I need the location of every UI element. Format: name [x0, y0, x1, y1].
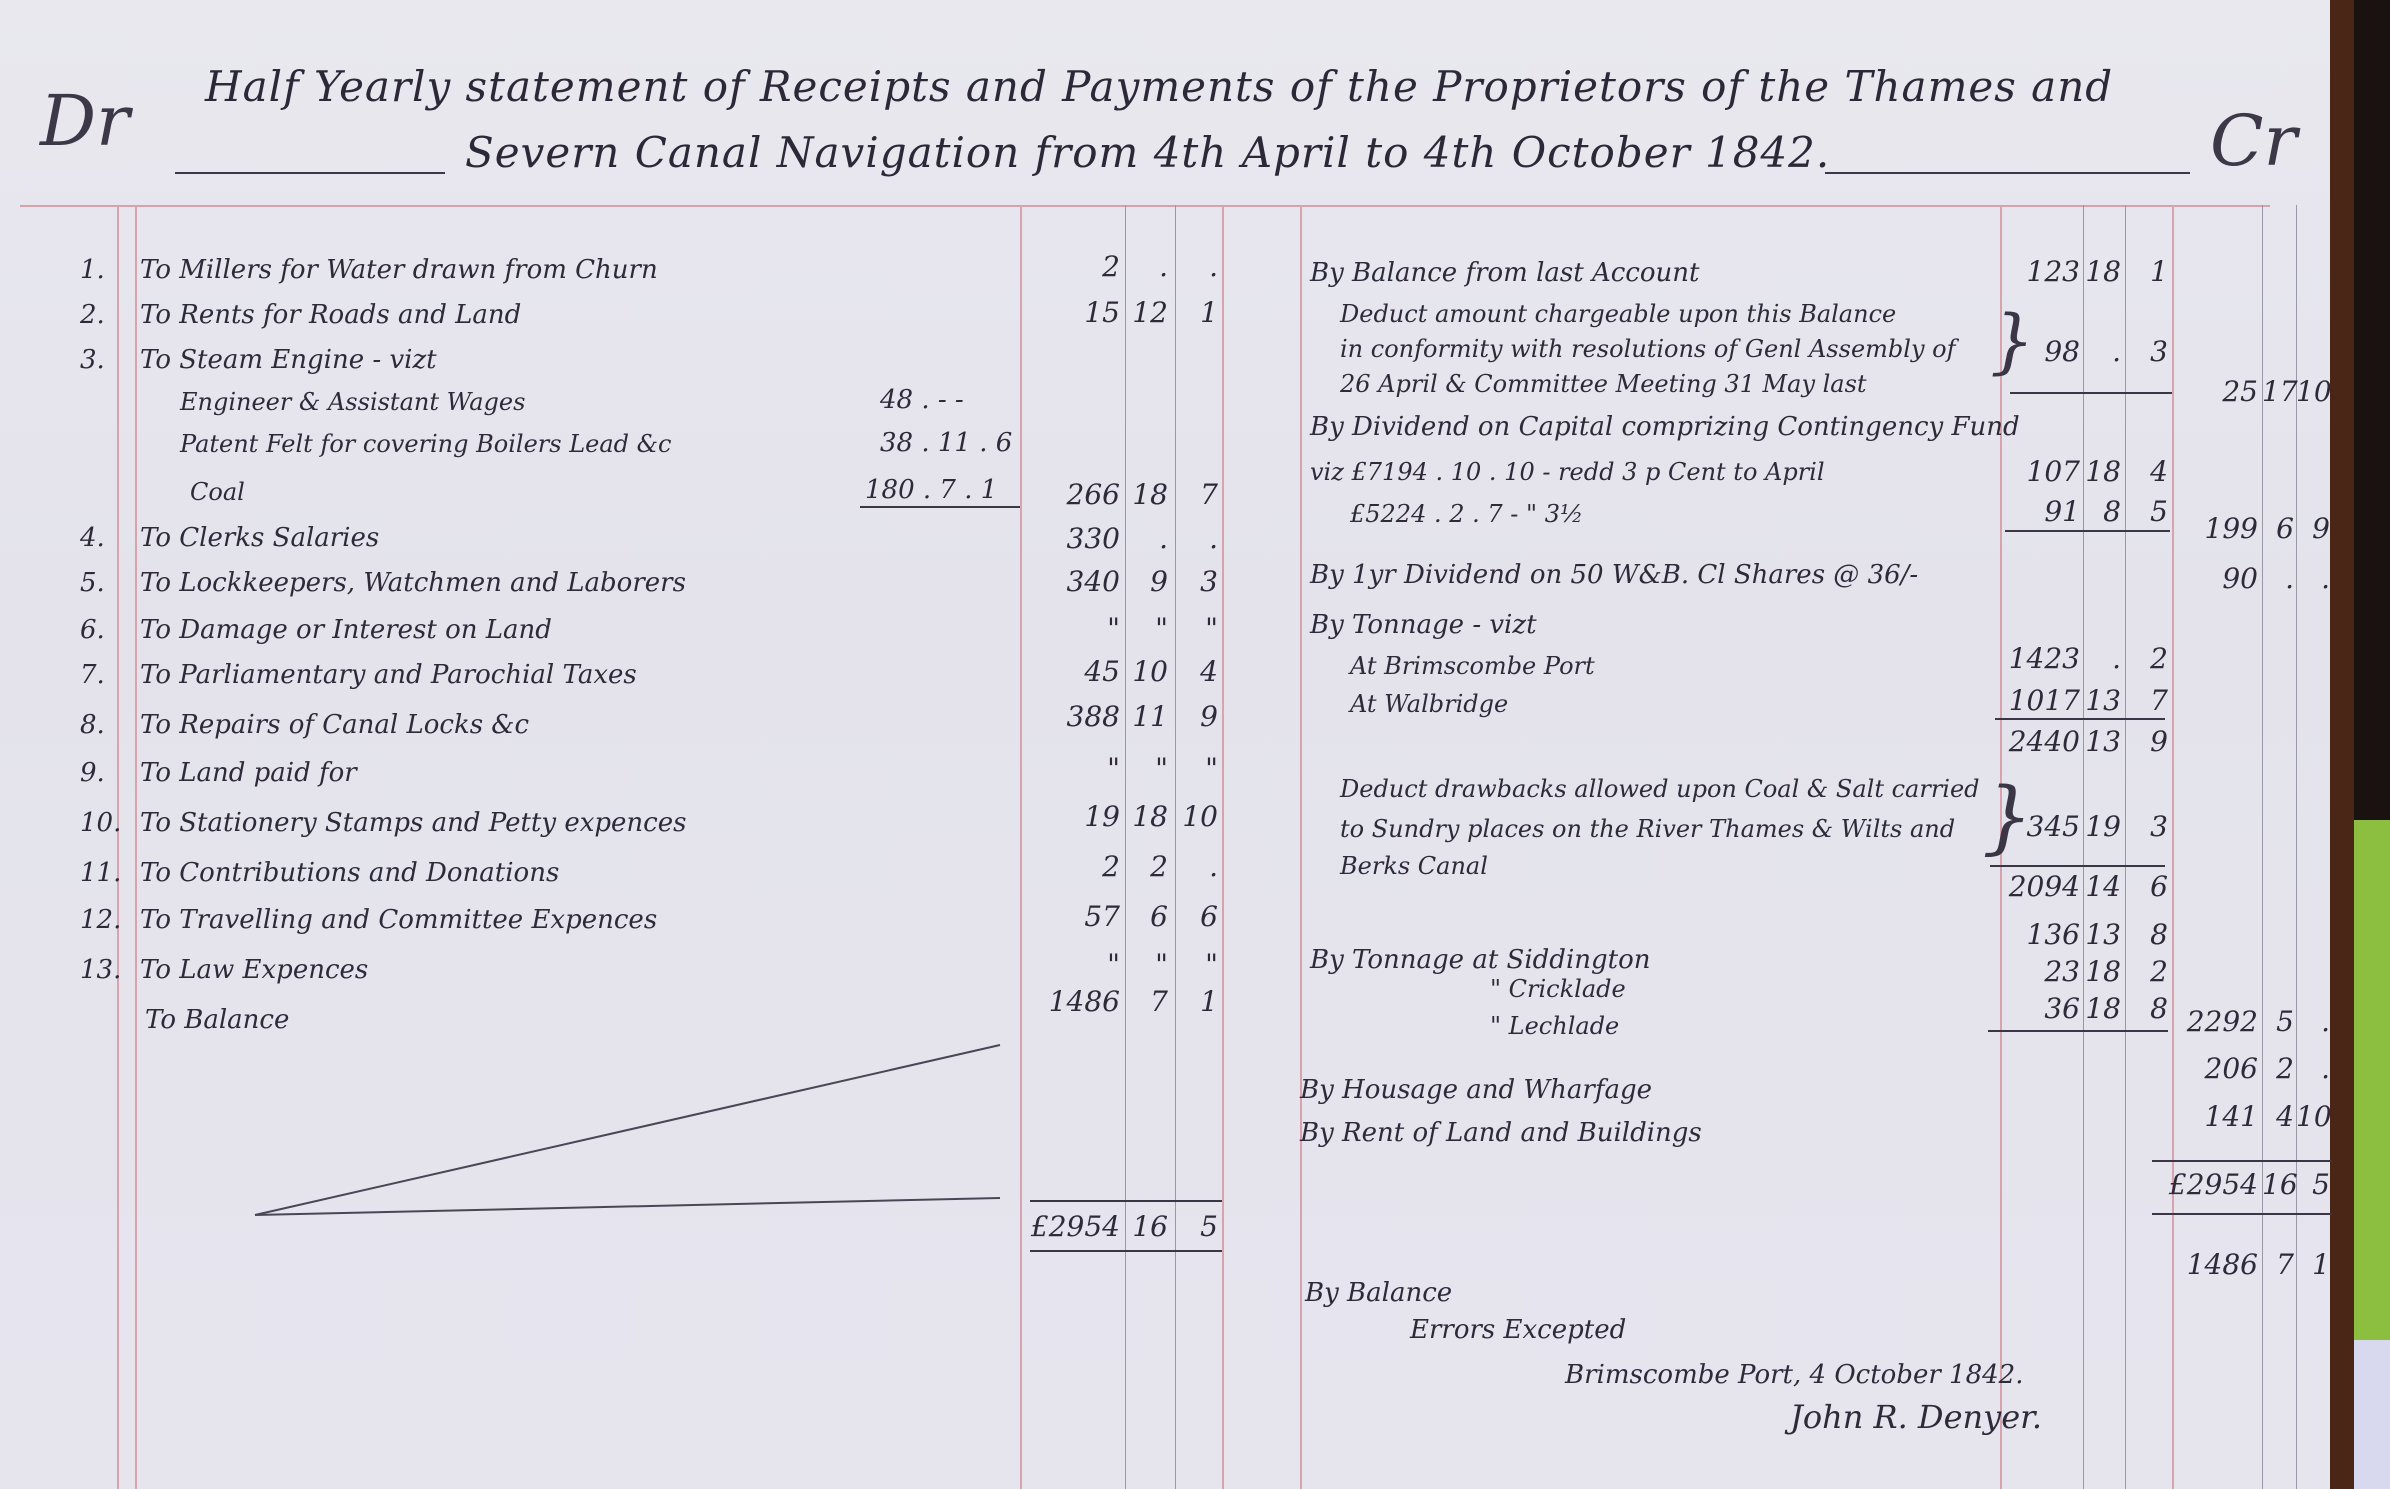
amount-pence: 7 — [1178, 478, 1218, 511]
errors-excepted: Errors Excepted — [1410, 1315, 1626, 1345]
rule-text-margin — [135, 205, 137, 1489]
amount-pounds: 123 — [2005, 255, 2080, 288]
debit-total-shillings: 16 — [1128, 1210, 1168, 1243]
credit-entry-text: in conformity with resolutions of Genl A… — [1340, 335, 1955, 363]
background-dark — [2354, 0, 2390, 820]
inner-amount: 48 . - - — [880, 385, 964, 415]
credit-entry-text: By Dividend on Capital comprizing Contin… — [1310, 412, 2020, 442]
amount-pounds: 57 — [1030, 900, 1120, 933]
amount-pounds: 345 — [2005, 810, 2080, 843]
entry-text: To Land paid for — [140, 758, 357, 788]
entry-text: Patent Felt for covering Boilers Lead &c — [180, 430, 671, 458]
entry-number: 12. — [80, 905, 121, 935]
amount-pence: " — [1178, 752, 1218, 785]
rule-number-margin — [117, 205, 119, 1489]
ledger-binding — [2330, 0, 2354, 1489]
entry-text: To Steam Engine - vizt — [140, 345, 437, 375]
amount-pounds: 2094 — [1990, 870, 2080, 903]
amount-pence: 5 — [2128, 495, 2168, 528]
subtotal-rule — [2005, 530, 2170, 532]
amount-pounds: 266 — [1030, 478, 1120, 511]
subtotal-rule — [2010, 392, 2172, 394]
amount-pence: 8 — [2128, 918, 2168, 951]
amount-shillings: . — [2262, 562, 2294, 595]
amount-pounds: 91 — [2005, 495, 2080, 528]
amount-pounds: 19 — [1030, 800, 1120, 833]
entry-number: 6. — [80, 615, 105, 645]
amount-shillings: . — [2085, 642, 2121, 675]
title-line-2: Severn Canal Navigation from 4th April t… — [465, 128, 1830, 177]
amount-pence: . — [1178, 522, 1218, 555]
credit-total-shillings: 16 — [2262, 1168, 2294, 1201]
signature: John R. Denyer. — [1790, 1398, 2042, 1436]
credit-entry-text: By Balance — [1305, 1278, 1452, 1308]
amount-pounds: 98 — [2005, 335, 2080, 368]
amount-pence: 1 — [1178, 985, 1218, 1018]
amount-pence: 3 — [2128, 335, 2168, 368]
entry-text: To Law Expences — [140, 955, 368, 985]
credit-entry-text: " Cricklade — [1490, 975, 1626, 1003]
amount-pence: 10 — [2296, 375, 2330, 408]
amount-shillings: 13 — [2085, 918, 2121, 951]
entry-text: To Travelling and Committee Expences — [140, 905, 657, 935]
header-divider — [20, 205, 2270, 207]
entry-number: 13. — [80, 955, 121, 985]
amount-pence: 6 — [2128, 870, 2168, 903]
entry-number: 2. — [80, 300, 105, 330]
amount-pence: 7 — [2128, 684, 2168, 717]
credit-total-pounds: £2954 — [2140, 1168, 2258, 1201]
amount-pounds: 136 — [2005, 918, 2080, 951]
entry-number: 11. — [80, 858, 121, 888]
amount-shillings: " — [1128, 612, 1168, 645]
amount-pence: 2 — [2128, 642, 2168, 675]
credit-entry-text: By Housage and Wharfage — [1300, 1075, 1652, 1105]
credit-entry-text: By 1yr Dividend on 50 W&B. Cl Shares @ 3… — [1310, 560, 1918, 590]
place-date: Brimscombe Port, 4 October 1842. — [1565, 1360, 2023, 1390]
entry-number: 1. — [80, 255, 105, 285]
rule-debit-d — [1175, 205, 1176, 1489]
amount-shillings: 18 — [2085, 255, 2121, 288]
entry-text: To Rents for Roads and Land — [140, 300, 521, 330]
amount-pounds: 2292 — [2172, 1005, 2258, 1038]
amount-pence: 6 — [1178, 900, 1218, 933]
amount-shillings: 18 — [1128, 800, 1168, 833]
credit-entry-text: Deduct amount chargeable upon this Balan… — [1340, 300, 1896, 328]
debit-total-pence: 5 — [1178, 1210, 1218, 1243]
amount-pence: 1 — [2128, 255, 2168, 288]
amount-pounds: 388 — [1030, 700, 1120, 733]
amount-shillings: 18 — [2085, 992, 2121, 1025]
header-rule-left — [175, 172, 445, 174]
background-blue — [2354, 1340, 2390, 1489]
amount-pence: " — [1178, 948, 1218, 981]
credit-entry-text: Berks Canal — [1340, 852, 1488, 880]
amount-pence: 10 — [1178, 800, 1218, 833]
amount-shillings: 8 — [2085, 495, 2121, 528]
amount-shillings: 11 — [1128, 700, 1168, 733]
credit-total-rule-top — [2152, 1160, 2332, 1162]
amount-shillings: . — [2085, 335, 2121, 368]
amount-pounds: 340 — [1030, 565, 1120, 598]
amount-pounds: 2 — [1030, 250, 1120, 283]
amount-pence: 3 — [1178, 565, 1218, 598]
amount-pounds: 2440 — [1995, 725, 2080, 758]
subtotal-rule — [860, 506, 1020, 508]
amount-pounds: 2 — [1030, 850, 1120, 883]
amount-shillings: 2 — [2262, 1052, 2294, 1085]
entry-text: To Contributions and Donations — [140, 858, 559, 888]
entry-text: Coal — [190, 478, 245, 506]
amount-pence: 8 — [2128, 992, 2168, 1025]
amount-pence: . — [2296, 1052, 2330, 1085]
amount-shillings: 5 — [2262, 1005, 2294, 1038]
credit-entry-text: At Brimscombe Port — [1350, 652, 1595, 680]
amount-shillings: . — [1128, 522, 1168, 555]
entry-text: To Clerks Salaries — [140, 523, 379, 553]
amount-pence: 1 — [2296, 1248, 2330, 1281]
header-rule-right — [1825, 172, 2190, 174]
amount-pounds: 25 — [2178, 375, 2258, 408]
credit-entry-text: to Sundry places on the River Thames & W… — [1340, 815, 1955, 843]
amount-shillings: 6 — [1128, 900, 1168, 933]
ledger-page: Dr Cr Half Yearly statement of Receipts … — [0, 0, 2330, 1489]
amount-shillings: 7 — [2262, 1248, 2294, 1281]
amount-pounds: 199 — [2178, 512, 2258, 545]
amount-pounds: 15 — [1030, 296, 1120, 329]
amount-pence: 4 — [1178, 655, 1218, 688]
credit-entry-text: viz £7194 . 10 . 10 - redd 3 p Cent to A… — [1310, 458, 1825, 486]
amount-pence: . — [1178, 850, 1218, 883]
inner-amount: 38 . 11 . 6 — [880, 428, 1012, 458]
amount-pounds: 23 — [2005, 955, 2080, 988]
amount-shillings: 18 — [1128, 478, 1168, 511]
amount-pounds: 1423 — [2005, 642, 2080, 675]
amount-shillings: 7 — [1128, 985, 1168, 1018]
rule-credit-inner-d — [2125, 205, 2126, 1489]
credit-entry-text: £5224 . 2 . 7 - " 3½ — [1350, 500, 1583, 528]
credit-entry-text: By Rent of Land and Buildings — [1300, 1118, 1702, 1148]
entry-number: 5. — [80, 568, 105, 598]
amount-shillings: 14 — [2085, 870, 2121, 903]
amount-pence: . — [1178, 250, 1218, 283]
amount-shillings: . — [1128, 250, 1168, 283]
amount-pounds: 1486 — [2165, 1248, 2258, 1281]
rule-debit-l — [1020, 205, 1022, 1489]
entry-text: To Millers for Water drawn from Churn — [140, 255, 658, 285]
background-green — [2354, 820, 2390, 1340]
credit-entry-text: By Balance from last Account — [1310, 258, 1699, 288]
debit-total-rule-top — [1030, 1200, 1222, 1202]
amount-shillings: 13 — [2085, 725, 2121, 758]
entry-text: To Damage or Interest on Land — [140, 615, 552, 645]
subtotal-rule — [1990, 865, 2165, 867]
amount-shillings: 2 — [1128, 850, 1168, 883]
amount-pounds: 330 — [1030, 522, 1120, 555]
inner-amount: 180 . 7 . 1 — [865, 475, 997, 505]
rule-credit-margin — [1300, 205, 1302, 1489]
amount-pounds: 107 — [2005, 455, 2080, 488]
entry-text: To Parliamentary and Parochial Taxes — [140, 660, 637, 690]
cr-label: Cr — [2210, 100, 2297, 182]
entry-number: 3. — [80, 345, 105, 375]
amount-pounds: 45 — [1030, 655, 1120, 688]
dr-label: Dr — [40, 80, 130, 162]
amount-shillings: 18 — [2085, 455, 2121, 488]
amount-shillings: 18 — [2085, 955, 2121, 988]
amount-shillings: 9 — [1128, 565, 1168, 598]
closing-strokes — [240, 1030, 1020, 1230]
amount-pence: " — [1178, 612, 1218, 645]
entry-number: 4. — [80, 523, 105, 553]
amount-shillings: " — [1128, 948, 1168, 981]
amount-pounds: 90 — [2178, 562, 2258, 595]
amount-shillings: 4 — [2262, 1100, 2294, 1133]
amount-shillings: 17 — [2262, 375, 2294, 408]
amount-pounds: " — [1030, 948, 1120, 981]
amount-shillings: 10 — [1128, 655, 1168, 688]
subtotal-rule — [1995, 718, 2165, 720]
entry-text: To Lockkeepers, Watchmen and Laborers — [140, 568, 686, 598]
amount-pence: 9 — [2128, 725, 2168, 758]
amount-pounds: " — [1030, 612, 1120, 645]
credit-total-pence: 5 — [2296, 1168, 2330, 1201]
amount-pence: 9 — [2296, 512, 2330, 545]
entry-text: Engineer & Assistant Wages — [180, 388, 525, 416]
credit-entry-text: At Walbridge — [1350, 690, 1508, 718]
entry-text: To Stationery Stamps and Petty expences — [140, 808, 686, 838]
amount-pounds: 141 — [2178, 1100, 2258, 1133]
credit-entry-text: Deduct drawbacks allowed upon Coal & Sal… — [1340, 775, 1980, 803]
rule-credit-l — [2172, 205, 2174, 1489]
amount-pence: 1 — [1178, 296, 1218, 329]
entry-number: 8. — [80, 710, 105, 740]
subtotal-rule — [1988, 1030, 2168, 1032]
amount-pence: 10 — [2296, 1100, 2330, 1133]
amount-pounds: " — [1030, 752, 1120, 785]
amount-pounds: 206 — [2178, 1052, 2258, 1085]
amount-pence: 4 — [2128, 455, 2168, 488]
amount-shillings: 6 — [2262, 512, 2294, 545]
entry-number: 7. — [80, 660, 105, 690]
amount-pence: 2 — [2128, 955, 2168, 988]
amount-pence: . — [2296, 562, 2330, 595]
rule-debit-s — [1125, 205, 1126, 1489]
credit-total-rule-bottom — [2152, 1213, 2332, 1215]
amount-pence: 3 — [2128, 810, 2168, 843]
amount-pounds: 1486 — [1020, 985, 1120, 1018]
amount-pounds: 36 — [2005, 992, 2080, 1025]
debit-total-pounds: £2954 — [1000, 1210, 1120, 1243]
amount-shillings: " — [1128, 752, 1168, 785]
credit-entry-text: 26 April & Committee Meeting 31 May last — [1340, 370, 1867, 398]
debit-total-rule-bottom — [1030, 1250, 1222, 1252]
amount-pence: . — [2296, 1005, 2330, 1038]
rule-credit-inner-s — [2083, 205, 2084, 1489]
entry-number: 9. — [80, 758, 105, 788]
amount-pence: 9 — [1178, 700, 1218, 733]
entry-text: To Repairs of Canal Locks &c — [140, 710, 529, 740]
amount-shillings: 13 — [2085, 684, 2121, 717]
rule-debit-end — [1222, 205, 1224, 1489]
title-line-1: Half Yearly statement of Receipts and Pa… — [205, 62, 2113, 111]
credit-entry-text: By Tonnage at Siddington — [1310, 945, 1651, 975]
amount-shillings: 19 — [2085, 810, 2121, 843]
credit-entry-text: " Lechlade — [1490, 1012, 1619, 1040]
entry-number: 10. — [80, 808, 121, 838]
amount-pounds: 1017 — [2005, 684, 2080, 717]
amount-shillings: 12 — [1128, 296, 1168, 329]
credit-entry-text: By Tonnage - vizt — [1310, 610, 1537, 640]
